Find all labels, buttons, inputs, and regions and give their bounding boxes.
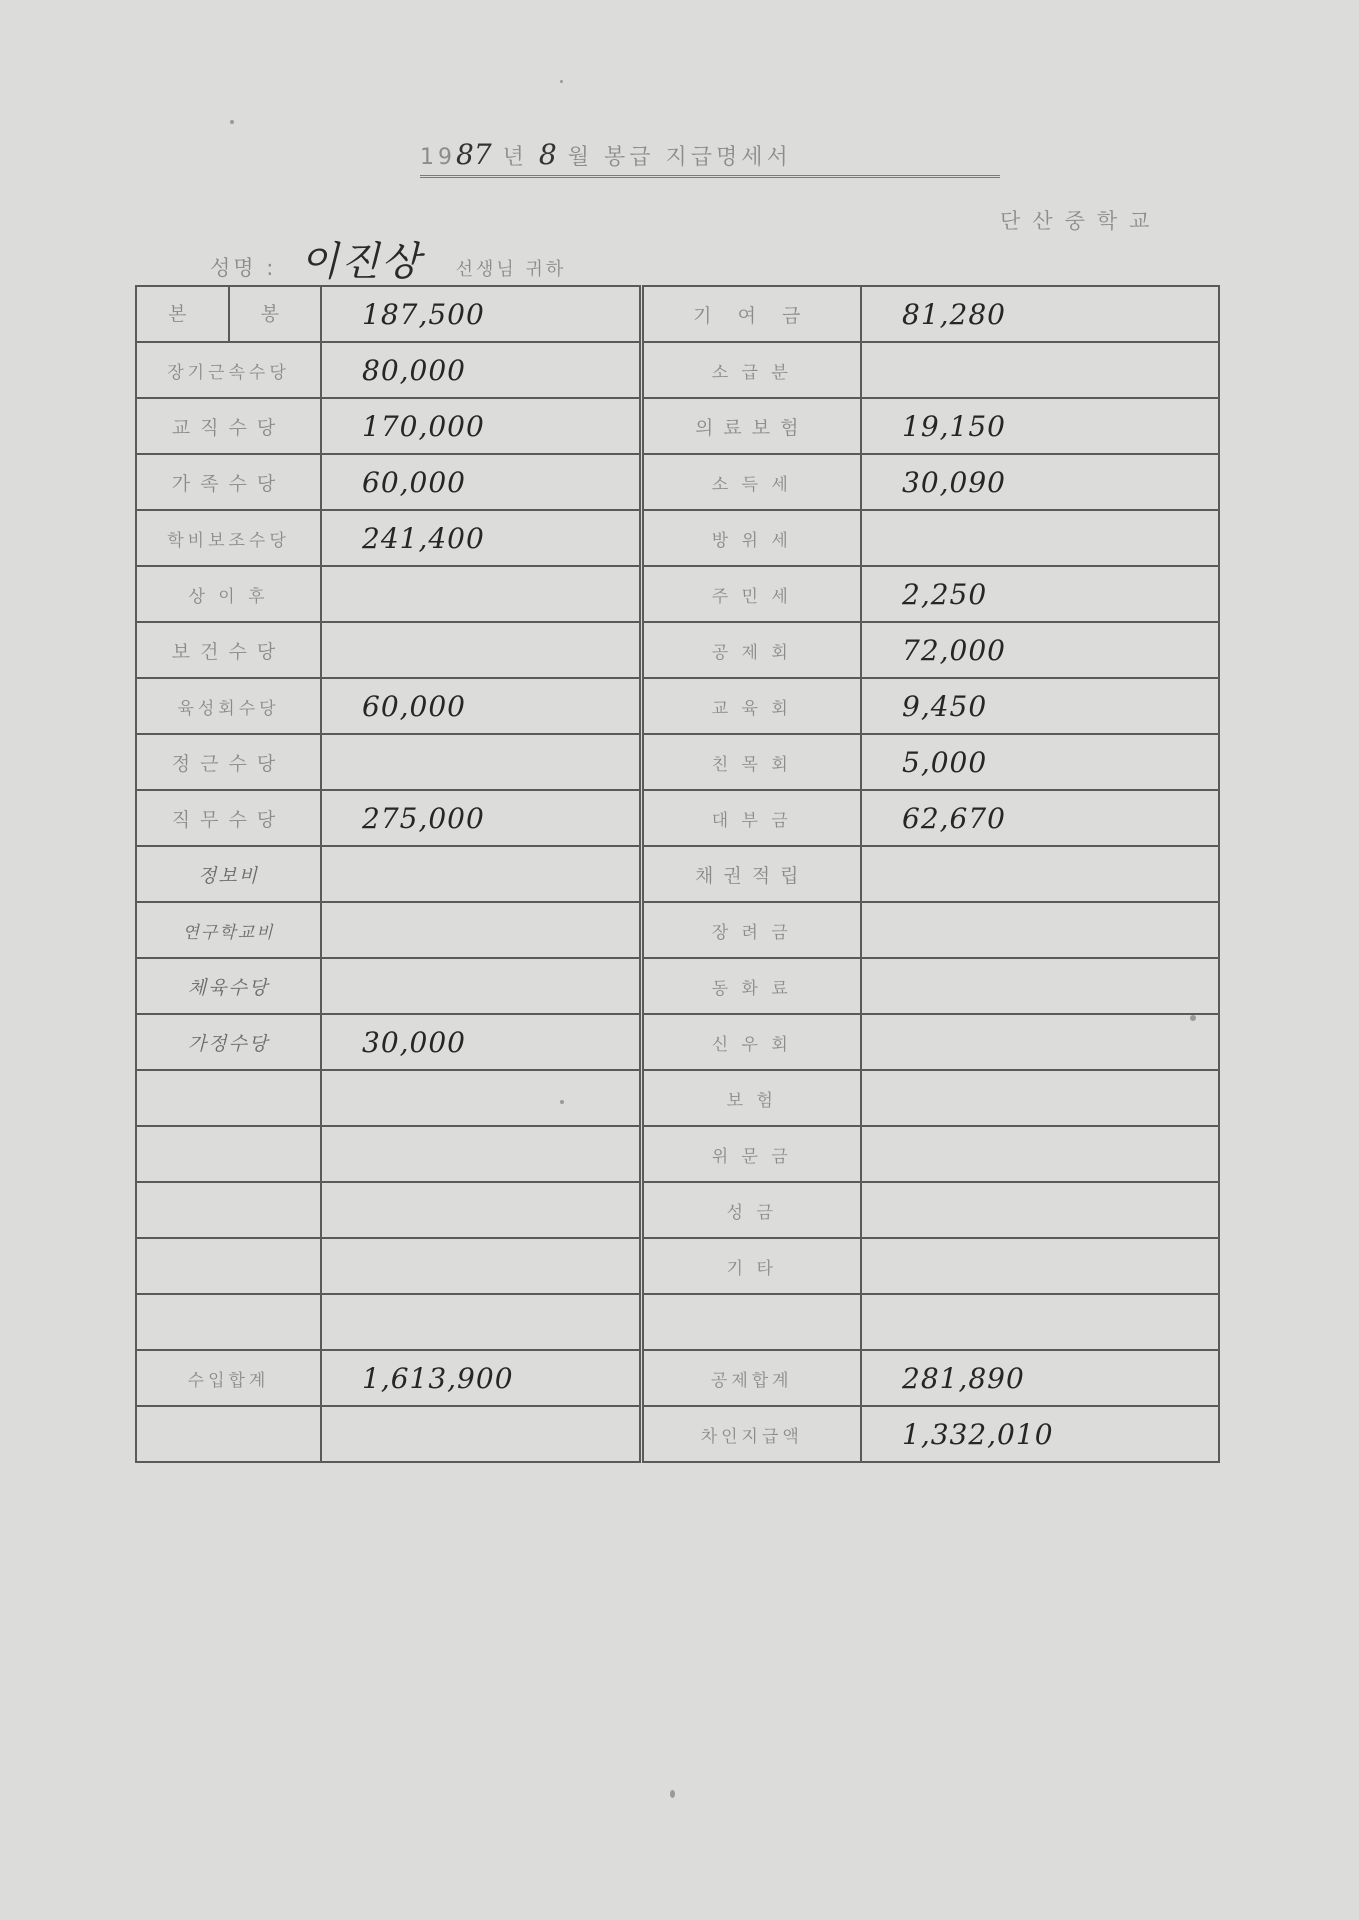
table-row: 기 타 (136, 1238, 1219, 1294)
table-row: 육성회수당60,000교 육 회9,450 (136, 678, 1219, 734)
net-pay-label: 차인지급액 (641, 1406, 861, 1462)
table-row: 가정수당30,000신 우 회 (136, 1014, 1219, 1070)
table-row-net-pay: 차인지급액1,332,010 (136, 1406, 1219, 1462)
income-item-label: 가정수당 (136, 1014, 321, 1070)
income-item-label: 정근수당 (136, 734, 321, 790)
deduction-item-label: 소 급 분 (641, 342, 861, 398)
deduction-item-value (861, 1238, 1219, 1294)
table-row: 위 문 금 (136, 1126, 1219, 1182)
deduction-item-label: 주 민 세 (641, 566, 861, 622)
income-item-value (321, 1126, 641, 1182)
income-item-value (321, 566, 641, 622)
deduction-item-label: 교 육 회 (641, 678, 861, 734)
title-text: 월 봉급 지급명세서 (568, 145, 792, 170)
income-item-value (321, 1294, 641, 1350)
table-row: 장기근속수당80,000소 급 분 (136, 342, 1219, 398)
deduction-item-label: 신 우 회 (641, 1014, 861, 1070)
title-year-handwritten: 87 (456, 138, 492, 171)
income-item-label (136, 1070, 321, 1126)
deduction-item-label: 동 화 료 (641, 958, 861, 1014)
income-item-label: 육성회수당 (136, 678, 321, 734)
income-item-value: 241,400 (321, 510, 641, 566)
pay-statement-table: 본 봉 187,500 기 여 금 81,280 장기근속수당80,000소 급… (135, 285, 1220, 1463)
income-item-label: 연구학교비 (136, 902, 321, 958)
table-row: 가족수당60,000소 득 세30,090 (136, 454, 1219, 510)
income-item-value (321, 958, 641, 1014)
deduction-item-value (861, 1182, 1219, 1238)
deduction-item-label: 장 려 금 (641, 902, 861, 958)
table-row: 정근수당친 목 회5,000 (136, 734, 1219, 790)
deduction-item-value: 30,090 (861, 454, 1219, 510)
school-name: 단산중학교 (1000, 205, 1161, 235)
income-total-label: 수입합계 (136, 1350, 321, 1406)
deduction-item-label: 성 금 (641, 1182, 861, 1238)
table-row: 직무수당275,000대 부 금62,670 (136, 790, 1219, 846)
base-pay-label: 본 봉 (136, 286, 321, 342)
table-row-totals: 수입합계1,613,900공제합계281,890 (136, 1350, 1219, 1406)
name-label: 성명 : (210, 256, 276, 280)
income-item-label: 학비보조수당 (136, 510, 321, 566)
recipient-line: 성명 : 이진상 선생님 귀하 (210, 230, 566, 287)
table-row: 상 이 후주 민 세2,250 (136, 566, 1219, 622)
table-row: 연구학교비장 려 금 (136, 902, 1219, 958)
income-item-label: 정보비 (136, 846, 321, 902)
income-item-value (321, 1238, 641, 1294)
title-year-suffix: 년 (503, 145, 528, 170)
income-total-value: 1,613,900 (321, 1350, 641, 1406)
pension-label: 기 여 금 (641, 286, 861, 342)
deduction-item-label: 대 부 금 (641, 790, 861, 846)
deduction-item-label: 의료보험 (641, 398, 861, 454)
income-item-value: 60,000 (321, 454, 641, 510)
income-item-value (321, 734, 641, 790)
deduction-item-value: 2,250 (861, 566, 1219, 622)
table-row: 체육수당동 화 료 (136, 958, 1219, 1014)
income-item-value (321, 902, 641, 958)
deduction-item-value (861, 1126, 1219, 1182)
deduction-item-value: 5,000 (861, 734, 1219, 790)
table-row: 교직수당170,000의료보험19,150 (136, 398, 1219, 454)
deduction-item-value: 72,000 (861, 622, 1219, 678)
deduction-item-value (861, 1294, 1219, 1350)
deduction-item-value (861, 1014, 1219, 1070)
deduction-item-value (861, 1070, 1219, 1126)
base-pay-label-b: 봉 (230, 287, 321, 341)
table-row: 학비보조수당241,400방 위 세 (136, 510, 1219, 566)
title-year-prefix: 19 (420, 145, 456, 170)
deduction-item-label: 보 험 (641, 1070, 861, 1126)
income-item-label (136, 1126, 321, 1182)
name-suffix: 선생님 귀하 (456, 259, 567, 280)
net-pay-value: 1,332,010 (861, 1406, 1219, 1462)
deduction-item-label: 기 타 (641, 1238, 861, 1294)
paper-speck (670, 1790, 675, 1798)
deduction-item-label: 채권적립 (641, 846, 861, 902)
deduction-item-label: 위 문 금 (641, 1126, 861, 1182)
income-item-value: 170,000 (321, 398, 641, 454)
pension-value: 81,280 (861, 286, 1219, 342)
table-row: 정보비채권적립 (136, 846, 1219, 902)
deduction-item-value: 19,150 (861, 398, 1219, 454)
income-item-value (321, 622, 641, 678)
income-item-value (321, 1182, 641, 1238)
deduction-item-value (861, 510, 1219, 566)
base-pay-value: 187,500 (321, 286, 641, 342)
deduction-item-value: 62,670 (861, 790, 1219, 846)
income-item-label: 체육수당 (136, 958, 321, 1014)
income-item-value: 30,000 (321, 1014, 641, 1070)
deduction-total-value: 281,890 (861, 1350, 1219, 1406)
income-item-value: 275,000 (321, 790, 641, 846)
deduction-total-label: 공제합계 (641, 1350, 861, 1406)
deduction-item-label: 공 제 회 (641, 622, 861, 678)
income-item-label: 상 이 후 (136, 566, 321, 622)
base-pay-label-a: 본 (137, 287, 230, 341)
table-row: 보 험 (136, 1070, 1219, 1126)
income-item-label: 교직수당 (136, 398, 321, 454)
table-row: 보건수당공 제 회72,000 (136, 622, 1219, 678)
table-row-base-pay: 본 봉 187,500 기 여 금 81,280 (136, 286, 1219, 342)
deduction-item-value (861, 902, 1219, 958)
table-row (136, 1294, 1219, 1350)
deduction-item-label: 방 위 세 (641, 510, 861, 566)
recipient-name: 이진상 (300, 239, 422, 285)
deduction-item-label (641, 1294, 861, 1350)
deduction-item-label: 소 득 세 (641, 454, 861, 510)
income-item-value: 60,000 (321, 678, 641, 734)
paper-speck (560, 80, 563, 83)
deduction-item-value (861, 846, 1219, 902)
income-item-label: 가족수당 (136, 454, 321, 510)
deduction-item-label: 친 목 회 (641, 734, 861, 790)
title-month-handwritten: 8 (539, 138, 557, 171)
deduction-item-value (861, 342, 1219, 398)
deduction-item-value (861, 958, 1219, 1014)
income-item-label: 직무수당 (136, 790, 321, 846)
income-item-value (321, 1070, 641, 1126)
paper-speck (230, 120, 234, 124)
table-row: 성 금 (136, 1182, 1219, 1238)
income-item-value: 80,000 (321, 342, 641, 398)
empty-cell (321, 1406, 641, 1462)
income-item-label: 장기근속수당 (136, 342, 321, 398)
income-item-label (136, 1238, 321, 1294)
income-item-label (136, 1182, 321, 1238)
income-item-value (321, 846, 641, 902)
deduction-item-value: 9,450 (861, 678, 1219, 734)
document-title: 1987 년 8 월 봉급 지급명세서 (420, 138, 1000, 178)
income-item-label (136, 1294, 321, 1350)
empty-cell (136, 1406, 321, 1462)
income-item-label: 보건수당 (136, 622, 321, 678)
